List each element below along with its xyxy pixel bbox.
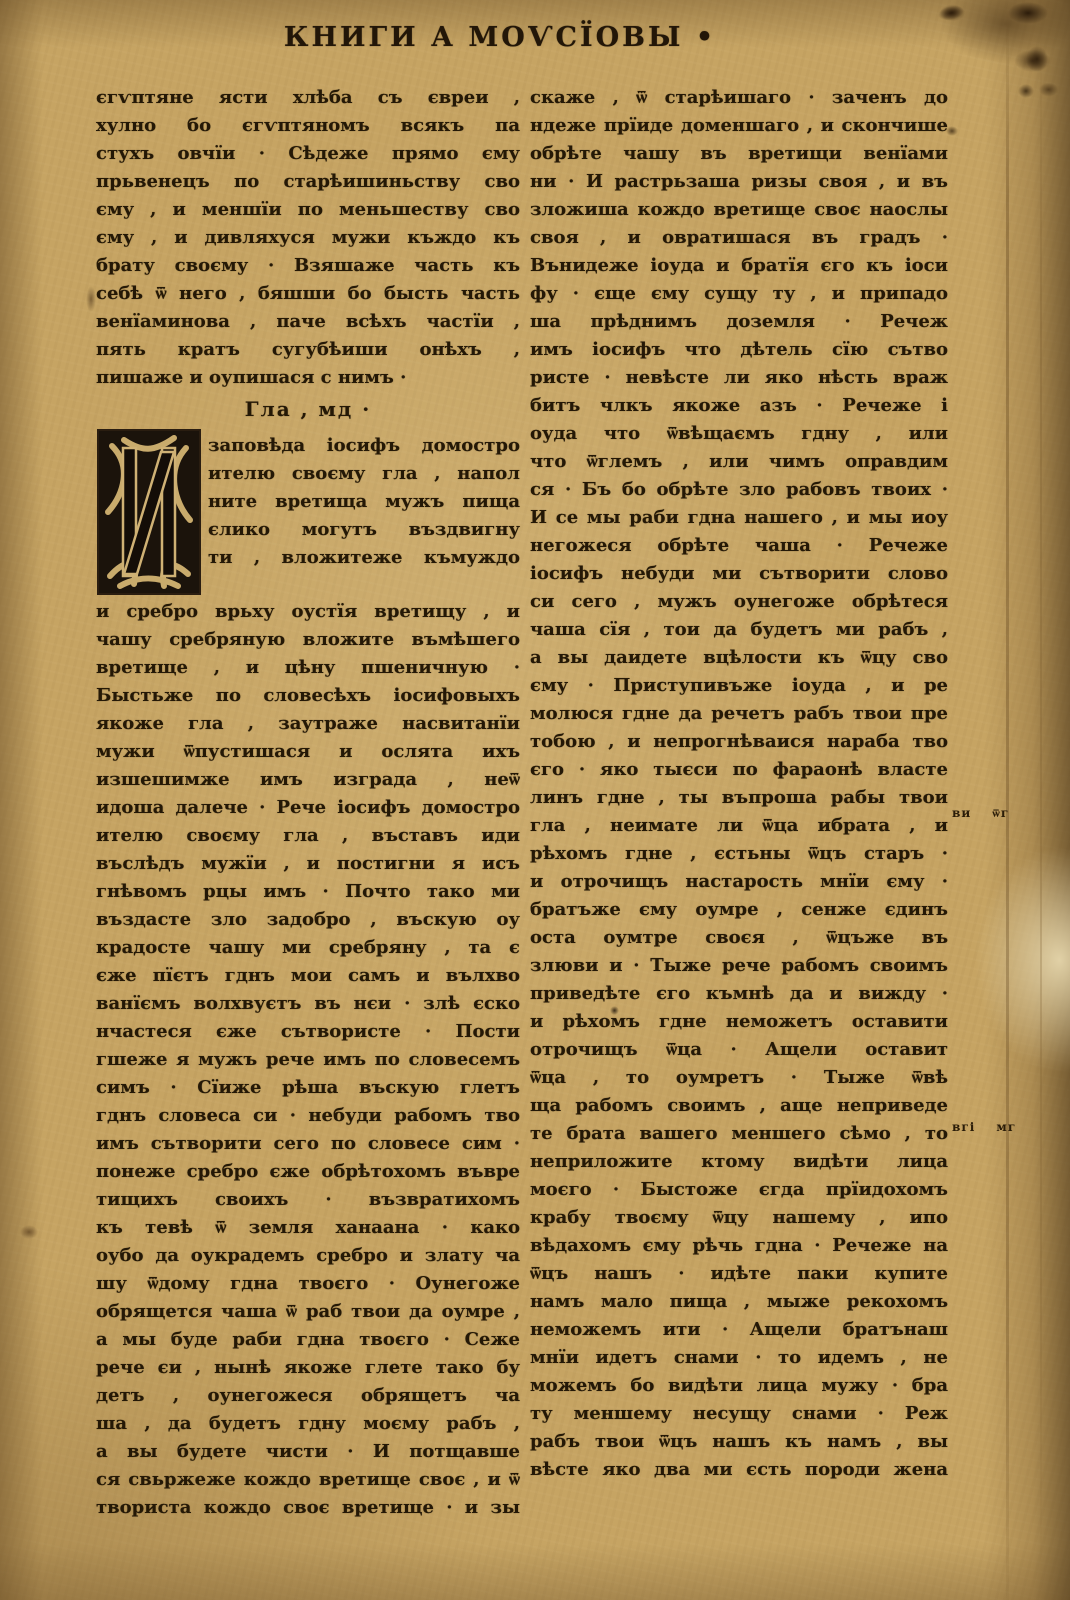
text-line: въздасте зло задобро , въскую оу bbox=[96, 906, 520, 934]
page-background: КНИГИ А МОѴСЇОВЫ • єгѵптяне ясти хлѣба с… bbox=[0, 0, 1070, 1600]
text-line: твориста кождо своє вретище · и зы bbox=[96, 1494, 520, 1522]
text-line: себѣ ѿ него , бяшши бо бысть часть bbox=[96, 280, 520, 308]
text-line: якоже гла , заутраже насвитанїи bbox=[96, 710, 520, 738]
text-line: рѣхомъ гдне , єстьны ѿцъ старъ · bbox=[530, 840, 948, 868]
text-line: ндеже прїиде доменшаго , и скончише bbox=[530, 112, 948, 140]
text-line: идоша далече · Рече іосифъ домостро bbox=[96, 794, 520, 822]
text-column-left: єгѵптяне ясти хлѣба съ євреи ,хулно бо є… bbox=[96, 84, 520, 1522]
text-line: нчастеся єже сътвористе · Пости bbox=[96, 1018, 520, 1046]
text-line: негожеся обрѣте чаша · Речеже bbox=[530, 532, 948, 560]
text-line: крадосте чашу ми сребряну , та є bbox=[96, 934, 520, 962]
text-line: гднъ словеса си · небуди рабомъ тво bbox=[96, 1102, 520, 1130]
text-line: неможемъ ити · Ащели братънаш bbox=[530, 1316, 948, 1344]
text-line: вѣсте яко два ми єсть породи жена bbox=[530, 1456, 948, 1484]
text-line: братъже єму оумре , сенже єдинъ bbox=[530, 896, 948, 924]
text-line: неприложите ктому видѣти лица bbox=[530, 1148, 948, 1176]
ink-stain bbox=[1008, 2, 1048, 24]
page-edge-crease bbox=[1040, 0, 1042, 1600]
text-line: своя , и овратишася въ градъ · bbox=[530, 224, 948, 252]
text-line: что ѿглемъ , или чимъ оправдим bbox=[530, 448, 948, 476]
text-line: И се мы раби гдна нашего , и мы иоу bbox=[530, 504, 948, 532]
text-line: намъ мало пища , мыже рекохомъ bbox=[530, 1288, 948, 1316]
running-title: КНИГИ А МОѴСЇОВЫ • bbox=[0, 22, 1000, 53]
text-line: моєго · Быстоже єгда прїидохомъ bbox=[530, 1176, 948, 1204]
text-line: ѿцъ нашъ · идѣте паки купите bbox=[530, 1260, 948, 1288]
text-line: ша прѣднимъ доземля · Речеж bbox=[530, 308, 948, 336]
text-line: симъ · Сїиже рѣша въскую глетъ bbox=[96, 1074, 520, 1102]
text-line: ща рабомъ своимъ , аще неприведе bbox=[530, 1092, 948, 1120]
text-line: скаже , ѿ старѣишаго · заченъ до bbox=[530, 84, 948, 112]
text-line: къ тевѣ ѿ земля ханаана · како bbox=[96, 1214, 520, 1242]
ink-stain bbox=[86, 286, 96, 312]
text-line: ванїємъ волхвуєтъ въ нєи · злѣ єско bbox=[96, 990, 520, 1018]
text-line: ните вретища мужъ пища bbox=[208, 488, 520, 516]
right-column-lines: скаже , ѿ старѣишаго · заченъ дондеже пр… bbox=[530, 84, 948, 1484]
text-column-right: скаже , ѿ старѣишаго · заченъ дондеже пр… bbox=[530, 84, 948, 1484]
left-column-part1: єгѵптяне ясти хлѣба съ євреи ,хулно бо є… bbox=[96, 84, 520, 392]
text-line: молюся гдне да речетъ рабъ твои пре bbox=[530, 700, 948, 728]
text-line: тобою , и непрогнѣваися нараба тво bbox=[530, 728, 948, 756]
text-line: рабъ твои ѿцъ нашъ къ намъ , вы bbox=[530, 1428, 948, 1456]
text-line: єму · Приступивъже іоуда , и ре bbox=[530, 672, 948, 700]
text-line: єго · яко тыєси по фараонѣ власте bbox=[530, 756, 948, 784]
text-line: єлико могутъ въздвигну bbox=[208, 516, 520, 544]
text-line: мнїи идетъ снами · то идемъ , не bbox=[530, 1344, 948, 1372]
text-line: гшеже я мужъ рече имъ по словесемъ bbox=[96, 1046, 520, 1074]
text-line: оста оумтре своєя , ѿцъже въ bbox=[530, 924, 948, 952]
text-line: заповѣда іосифъ домостро bbox=[208, 432, 520, 460]
text-line: ся · Бъ бо обрѣте зло рабовъ твоих · bbox=[530, 476, 948, 504]
text-line: и отрочищъ настарость мнїи єму · bbox=[530, 868, 948, 896]
text-line: оуда что ѿвѣщаємъ гдну , или bbox=[530, 420, 948, 448]
text-line: ѿца , то оумретъ · Тыже ѿвѣ bbox=[530, 1064, 948, 1092]
margin-note: ви ѿг bbox=[952, 806, 1009, 821]
margin-note: вгі мг bbox=[952, 1120, 1016, 1134]
woodcut-initial: И bbox=[96, 426, 208, 598]
text-line: чаша сїя , тои да будетъ ми рабъ , bbox=[530, 616, 948, 644]
text-line: чашу сребряную вложите въмѣшего bbox=[96, 626, 520, 654]
text-line: изшешимже имъ изграда , неѿ bbox=[96, 766, 520, 794]
text-line: оубо да оукрадемъ сребро и злату ча bbox=[96, 1242, 520, 1270]
text-line: ша , да будетъ гдну моєму рабъ , bbox=[96, 1410, 520, 1438]
text-line: Вънидеже іоуда и братїя єго къ іоси bbox=[530, 252, 948, 280]
text-line: и рѣхомъ гдне неможетъ оставити bbox=[530, 1008, 948, 1036]
text-line: злюви и · Тыже рече рабомъ своимъ bbox=[530, 952, 948, 980]
text-line: фу · єще єму сущу ту , и припадо bbox=[530, 280, 948, 308]
text-line: єму , и дивляхуся мужи къждо къ bbox=[96, 224, 520, 252]
text-line: тищихъ своихъ · възвратихомъ bbox=[96, 1186, 520, 1214]
text-line: детъ , оунегожеся обрящетъ ча bbox=[96, 1382, 520, 1410]
left-column-part2: и сребро врьху оустїя вретищу , ичашу ср… bbox=[96, 598, 520, 1522]
ink-stain bbox=[20, 1225, 38, 1239]
text-line: єгѵптяне ясти хлѣба съ євреи , bbox=[96, 84, 520, 112]
text-line: крабу твоєму ѿцу нашему , ипо bbox=[530, 1204, 948, 1232]
text-line: вретище , и цѣну пшеничную · bbox=[96, 654, 520, 682]
text-line: єже пїєтъ гднъ мои самъ и вълхво bbox=[96, 962, 520, 990]
text-line: а мы буде раби гдна твоєго · Сеже bbox=[96, 1326, 520, 1354]
text-line: Быстьже по словесѣхъ іосифовыхъ bbox=[96, 682, 520, 710]
text-line: прьвенецъ по старѣишиньству сво bbox=[96, 168, 520, 196]
text-line: пишаже и оупишася с нимъ · bbox=[96, 364, 520, 392]
text-line: рече єи , нынѣ якоже глете тако бу bbox=[96, 1354, 520, 1382]
left-column-dropcap-lines: заповѣда іосифъ домостроителю своєму гла… bbox=[208, 426, 520, 598]
text-line: ителю своєму гла , напол bbox=[208, 460, 520, 488]
text-line: а вы даидете вцѣлости къ ѿцу сво bbox=[530, 644, 948, 672]
text-line: пять кратъ сугубѣиши онѣхъ , bbox=[96, 336, 520, 364]
text-line: шу ѿдому гдна твоєго · Оунегоже bbox=[96, 1270, 520, 1298]
text-line: можемъ бо видѣти лица мужу · бра bbox=[530, 1372, 948, 1400]
text-line: отрочищъ ѿца · Ащели оставит bbox=[530, 1036, 948, 1064]
text-line: стухъ овчїи · Сѣдеже прямо єму bbox=[96, 140, 520, 168]
text-line: мужи ѿпустишася и ослята ихъ bbox=[96, 738, 520, 766]
text-line: брату своєму · Взяшаже часть къ bbox=[96, 252, 520, 280]
text-line: обрѣте чашу въ вретищи венїами bbox=[530, 140, 948, 168]
text-line: си сего , мужъ оунегоже обрѣтеся bbox=[530, 588, 948, 616]
text-line: имъ сътворити сего по словесе сим · bbox=[96, 1130, 520, 1158]
ink-stain bbox=[937, 3, 965, 22]
text-line: єму , и меншїи по меньшеству сво bbox=[96, 196, 520, 224]
text-line: те брата вашего меншего сѣмо , то bbox=[530, 1120, 948, 1148]
text-line: іосифъ небуди ми сътворити слово bbox=[530, 560, 948, 588]
text-line: въслѣдъ мужїи , и постигни я исъ bbox=[96, 850, 520, 878]
text-line: вѣдахомъ єму рѣчь гдна · Речеже на bbox=[530, 1232, 948, 1260]
text-line: обрящется чаша ѿ раб твои да оумре , bbox=[96, 1298, 520, 1326]
text-line: ни · И растрьзаша ризы своя , и въ bbox=[530, 168, 948, 196]
text-line: ту меншему несущу снами · Реж bbox=[530, 1400, 948, 1428]
page-edge-crease bbox=[1006, 0, 1009, 1600]
chapter-heading: Гла , мд · bbox=[96, 392, 520, 426]
text-line: гнѣвомъ рцы имъ · Почто тако ми bbox=[96, 878, 520, 906]
text-line: ристе · невѣсте ли яко нѣсть враж bbox=[530, 364, 948, 392]
text-line: ти , вложитеже къмуждо bbox=[208, 544, 520, 572]
text-line: ителю своєму гла , въставъ иди bbox=[96, 822, 520, 850]
text-line: а вы будете чисти · И потщавше bbox=[96, 1438, 520, 1466]
ink-stain bbox=[1018, 84, 1034, 98]
text-line: приведѣте єго къмнѣ да и вижду · bbox=[530, 980, 948, 1008]
text-line: битъ члкъ якоже азъ · Речеже і bbox=[530, 392, 948, 420]
text-line: зложиша кождо вретище своє наослы bbox=[530, 196, 948, 224]
drop-cap-row: И bbox=[96, 426, 520, 598]
ink-stain bbox=[1026, 46, 1048, 72]
text-line: ся свьржеже кождо вретище своє , и ѿ bbox=[96, 1466, 520, 1494]
text-line: хулно бо єгѵптяномъ всякъ па bbox=[96, 112, 520, 140]
text-line: линъ гдне , ты въпроша рабы твои bbox=[530, 784, 948, 812]
text-line: гла , неимате ли ѿца ибрата , и bbox=[530, 812, 948, 840]
text-line: понеже сребро єже обрѣтохомъ въвре bbox=[96, 1158, 520, 1186]
text-line: и сребро врьху оустїя вретищу , и bbox=[96, 598, 520, 626]
text-line: венїаминова , паче всѣхъ частїи , bbox=[96, 308, 520, 336]
text-line: имъ іосифъ что дѣтель сїю сътво bbox=[530, 336, 948, 364]
